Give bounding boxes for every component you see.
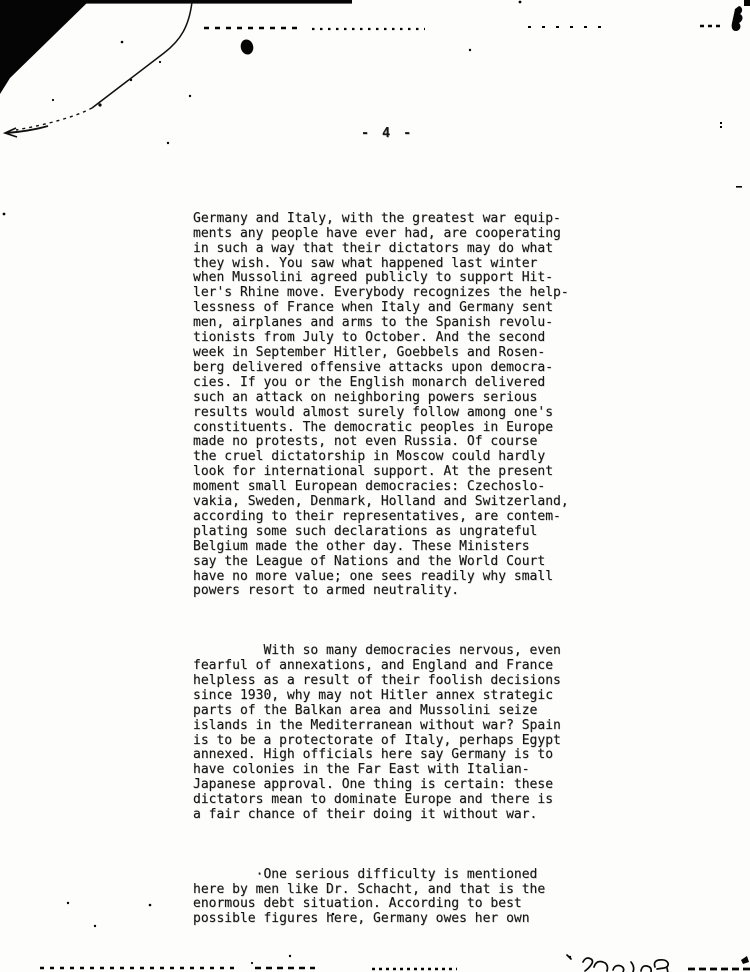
ink-dot-artifact <box>239 38 255 56</box>
ink-blob-artifact <box>732 6 743 31</box>
page-number: - 4 - <box>361 125 414 141</box>
corner-fold-artifact <box>0 0 90 94</box>
paragraph-1: Germany and Italy, with the greatest war… <box>193 212 569 600</box>
scanned-document-page: - 4 - Germany and Italy, with the greate… <box>0 0 750 972</box>
typewritten-body: Germany and Italy, with the greatest war… <box>193 182 569 957</box>
bottom-right-mark <box>741 956 749 964</box>
handwritten-digits <box>567 955 668 972</box>
paragraph-3: ·One serious difficulty is mentioned her… <box>193 868 569 928</box>
top-right-corner-notch <box>744 0 750 6</box>
edge-dashes-bottom <box>40 968 750 969</box>
top-edge-bar-artifact <box>0 0 352 4</box>
paragraph-2: With so many democracies nervous, even f… <box>193 644 569 823</box>
edge-dashes-top <box>204 26 724 29</box>
crease-line-artifact <box>5 2 192 137</box>
